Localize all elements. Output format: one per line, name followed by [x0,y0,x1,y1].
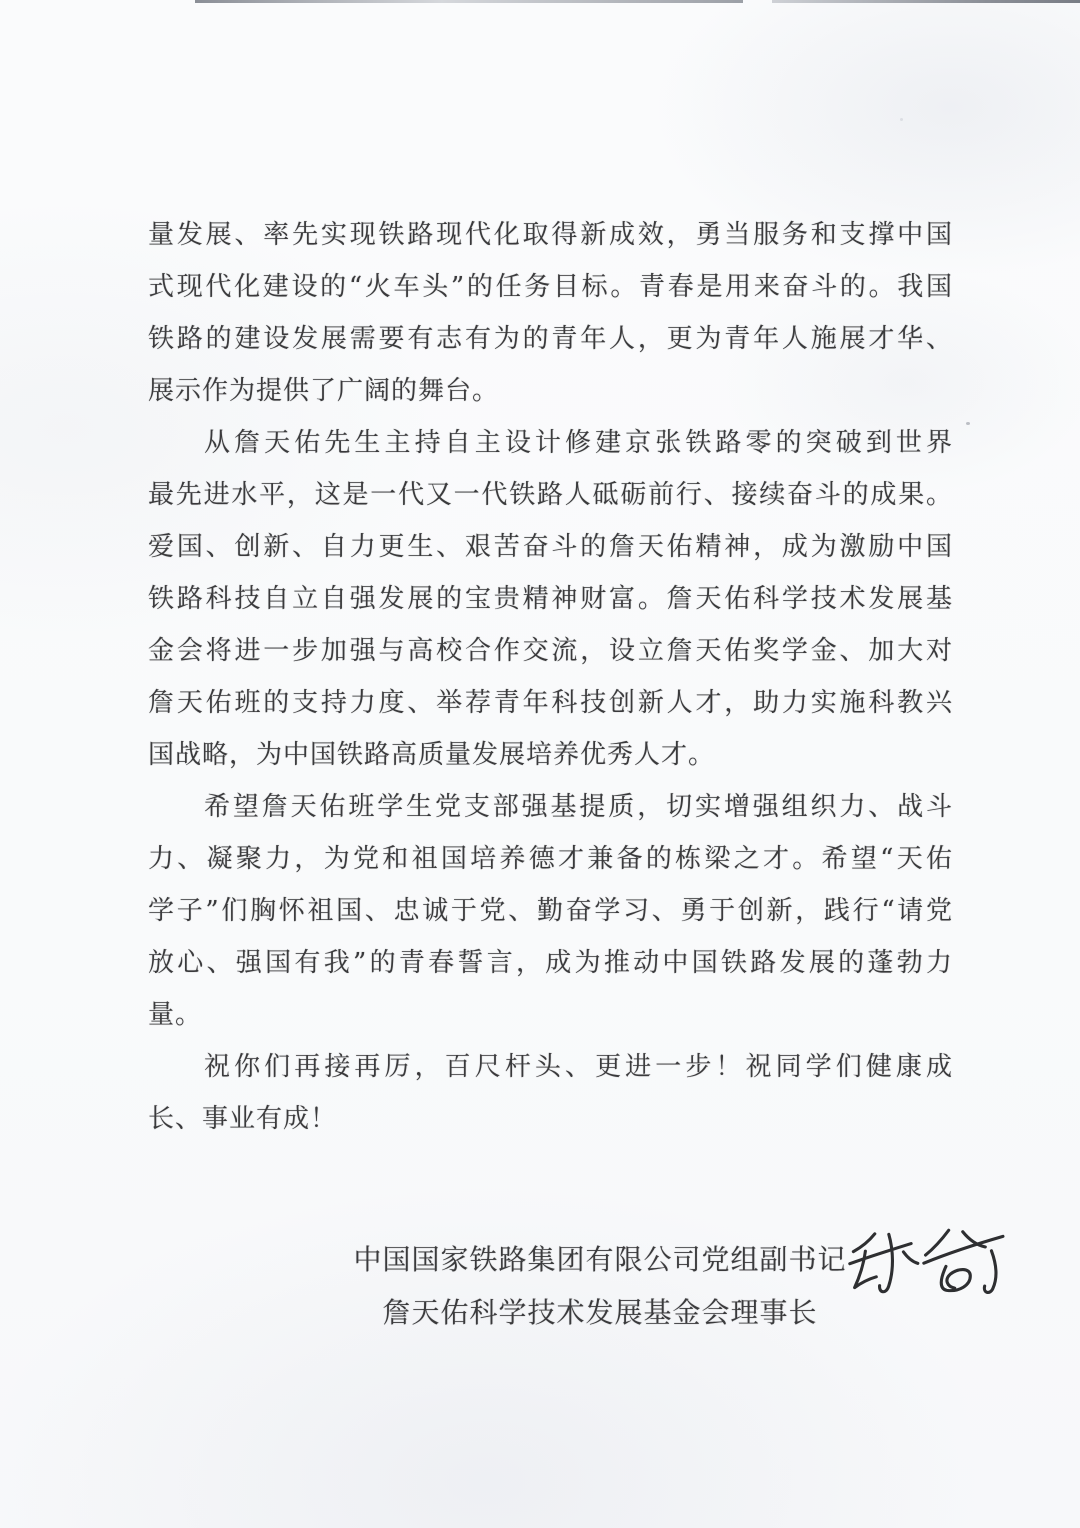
text-line: 祝你们再接再厉，百尺杆头、更进一步！祝同学们健康成 [148,1041,953,1093]
text-line: 放心、强国有我”的青春誓言，成为推动中国铁路发展的蓬勃力 [148,937,953,989]
text-line: 展示作为提供了广阔的舞台。 [148,365,953,417]
scanned-letter-page: 量发展、率先实现铁路现代化取得新成效，勇当服务和支撑中国 式现代化建设的“火车头… [0,0,1080,1528]
text-line: 铁路的建设发展需要有志有为的青年人，更为青年人施展才华、 [148,313,953,365]
text-line: 量发展、率先实现铁路现代化取得新成效，勇当服务和支撑中国 [148,209,953,261]
text-line: 爱国、创新、自力更生、艰苦奋斗的詹天佑精神，成为激励中国 [148,521,953,573]
scan-edge-artifact [195,0,743,3]
text-line: 金会将进一步加强与高校合作交流，设立詹天佑奖学金、加大对 [148,625,953,677]
text-line: 长、事业有成！ [148,1093,953,1145]
scan-speck [966,422,970,425]
paragraph-3: 希望詹天佑班学生党支部强基提质，切实增强组织力、战斗 力、凝聚力，为党和祖国培养… [148,781,953,1041]
text-line: 式现代化建设的“火车头”的任务目标。青春是用来奋斗的。我国 [148,261,953,313]
text-line: 最先进水平，这是一代又一代铁路人砥砺前行、接续奋斗的成果。 [148,469,953,521]
handwritten-signature [845,1223,1012,1313]
paragraph-2: 从詹天佑先生主持自主设计修建京张铁路零的突破到世界 最先进水平，这是一代又一代铁… [148,417,953,781]
paragraph-1: 量发展、率先实现铁路现代化取得新成效，勇当服务和支撑中国 式现代化建设的“火车头… [148,209,953,417]
text-line: 国战略，为中国铁路高质量发展培养优秀人才。 [148,729,953,781]
text-line: 从詹天佑先生主持自主设计修建京张铁路零的突破到世界 [148,417,953,469]
scan-speck [900,118,903,121]
paragraph-4: 祝你们再接再厉，百尺杆头、更进一步！祝同学们健康成 长、事业有成！ [148,1041,953,1145]
text-line: 詹天佑班的支持力度、举荐青年科技创新人才，助力实施科教兴 [148,677,953,729]
scan-edge-artifact [772,0,1080,3]
letter-body: 量发展、率先实现铁路现代化取得新成效，勇当服务和支撑中国 式现代化建设的“火车头… [148,209,953,1145]
text-line: 量。 [148,989,953,1041]
text-line: 铁路科技自立自强发展的宝贵精神财富。詹天佑科学技术发展基 [148,573,953,625]
text-line: 希望詹天佑班学生党支部强基提质，切实增强组织力、战斗 [148,781,953,833]
text-line: 学子”们胸怀祖国、忠诚于党、勤奋学习、勇于创新，践行“请党 [148,885,953,937]
text-line: 力、凝聚力，为党和祖国培养德才兼备的栋梁之才。希望“天佑 [148,833,953,885]
